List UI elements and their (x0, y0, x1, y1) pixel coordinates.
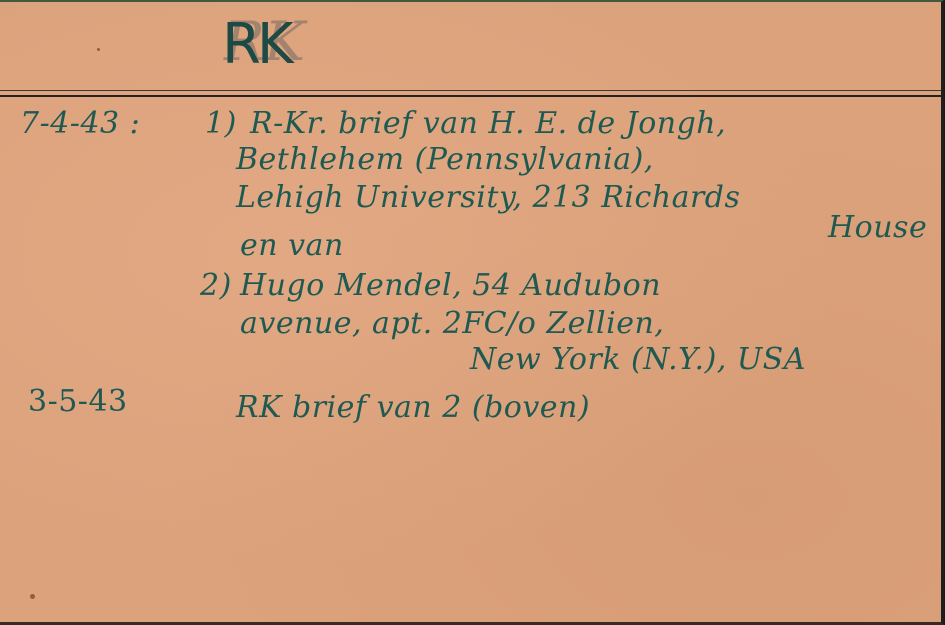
entry-line: RK brief van 2 (boven) (236, 390, 590, 425)
entry-date: 7-4-43 : (20, 106, 140, 141)
entry-line: Bethlehem (Pennsylvania), (236, 142, 654, 177)
header-rule-thin (0, 90, 941, 91)
entry-line: R-Kr. brief van H. E. de Jongh, (250, 106, 726, 141)
entry-line: House (828, 210, 927, 245)
paper-spot (97, 48, 100, 51)
entry-line: Hugo Mendel, 54 Audubon (240, 268, 661, 303)
item-number: 2) (200, 268, 232, 303)
paper-spot (30, 594, 35, 599)
card-header-mark: RK (222, 12, 290, 77)
entry-line: New York (N.Y.), USA (470, 342, 806, 377)
entry-line: avenue, apt. 2FC/o Zellien, (240, 306, 664, 341)
index-card: RK RK 7-4-43 : 1) R-Kr. brief van H. E. … (0, 0, 944, 624)
item-number: 1) (205, 106, 237, 141)
entry-line: Lehigh University, 213 Richards (236, 180, 740, 215)
entry-date: 3-5-43 (28, 384, 128, 419)
header-rule-thick (0, 95, 941, 97)
entry-line: en van (240, 228, 344, 263)
